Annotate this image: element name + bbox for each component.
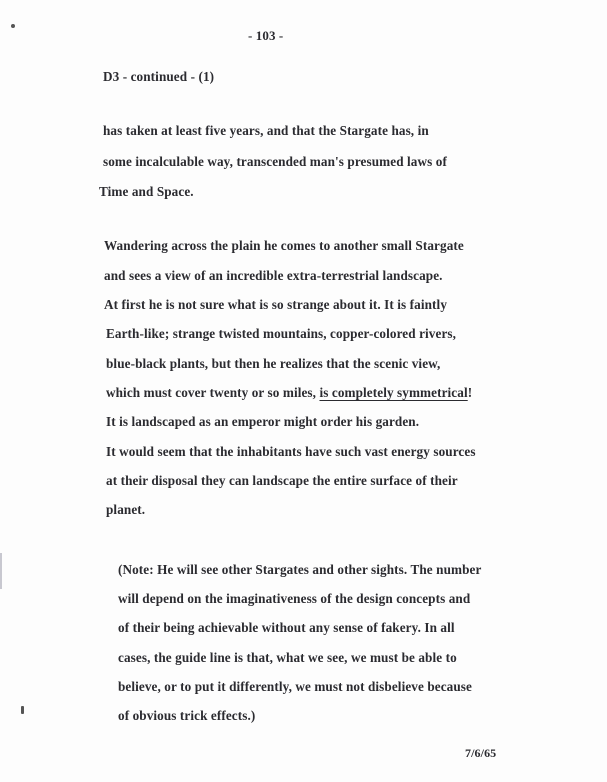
scan-edge-mark	[0, 553, 2, 589]
body-line: will depend on the imaginativeness of th…	[118, 591, 470, 607]
body-text: which must cover twenty or so miles,	[106, 385, 319, 400]
body-line: and sees a view of an incredible extra-t…	[104, 268, 443, 284]
scan-speck	[11, 24, 15, 28]
body-line: some incalculable way, transcended man's…	[103, 154, 447, 170]
body-line: Wandering across the plain he comes to a…	[104, 238, 464, 254]
body-line: of obvious trick effects.)	[118, 708, 255, 724]
body-line: At first he is not sure what is so stran…	[104, 297, 447, 313]
body-line: believe, or to put it differently, we mu…	[118, 679, 472, 695]
body-line: planet.	[106, 502, 145, 518]
body-line: blue-black plants, but then he realizes …	[106, 356, 440, 372]
underlined-emphasis: is completely symmetrical	[319, 385, 467, 400]
body-line: which must cover twenty or so miles, is …	[106, 385, 472, 401]
body-line: It would seem that the inhabitants have …	[106, 444, 476, 460]
section-header: D3 - continued - (1)	[103, 69, 214, 85]
document-page: - 103 - D3 - continued - (1) has taken a…	[0, 0, 607, 782]
body-line: of their being achievable without any se…	[118, 620, 455, 636]
body-line: (Note: He will see other Stargates and o…	[118, 562, 481, 578]
body-line: Earth-like; strange twisted mountains, c…	[106, 326, 456, 342]
body-line: has taken at least five years, and that …	[103, 123, 429, 139]
body-line: It is landscaped as an emperor might ord…	[106, 414, 419, 430]
page-number: - 103 -	[248, 28, 283, 44]
body-line: cases, the guide line is that, what we s…	[118, 650, 457, 666]
scan-speck	[21, 706, 24, 714]
body-line: Time and Space.	[99, 184, 194, 200]
document-date: 7/6/65	[465, 746, 496, 761]
body-line: at their disposal they can landscape the…	[106, 473, 458, 489]
body-text: !	[468, 385, 473, 400]
